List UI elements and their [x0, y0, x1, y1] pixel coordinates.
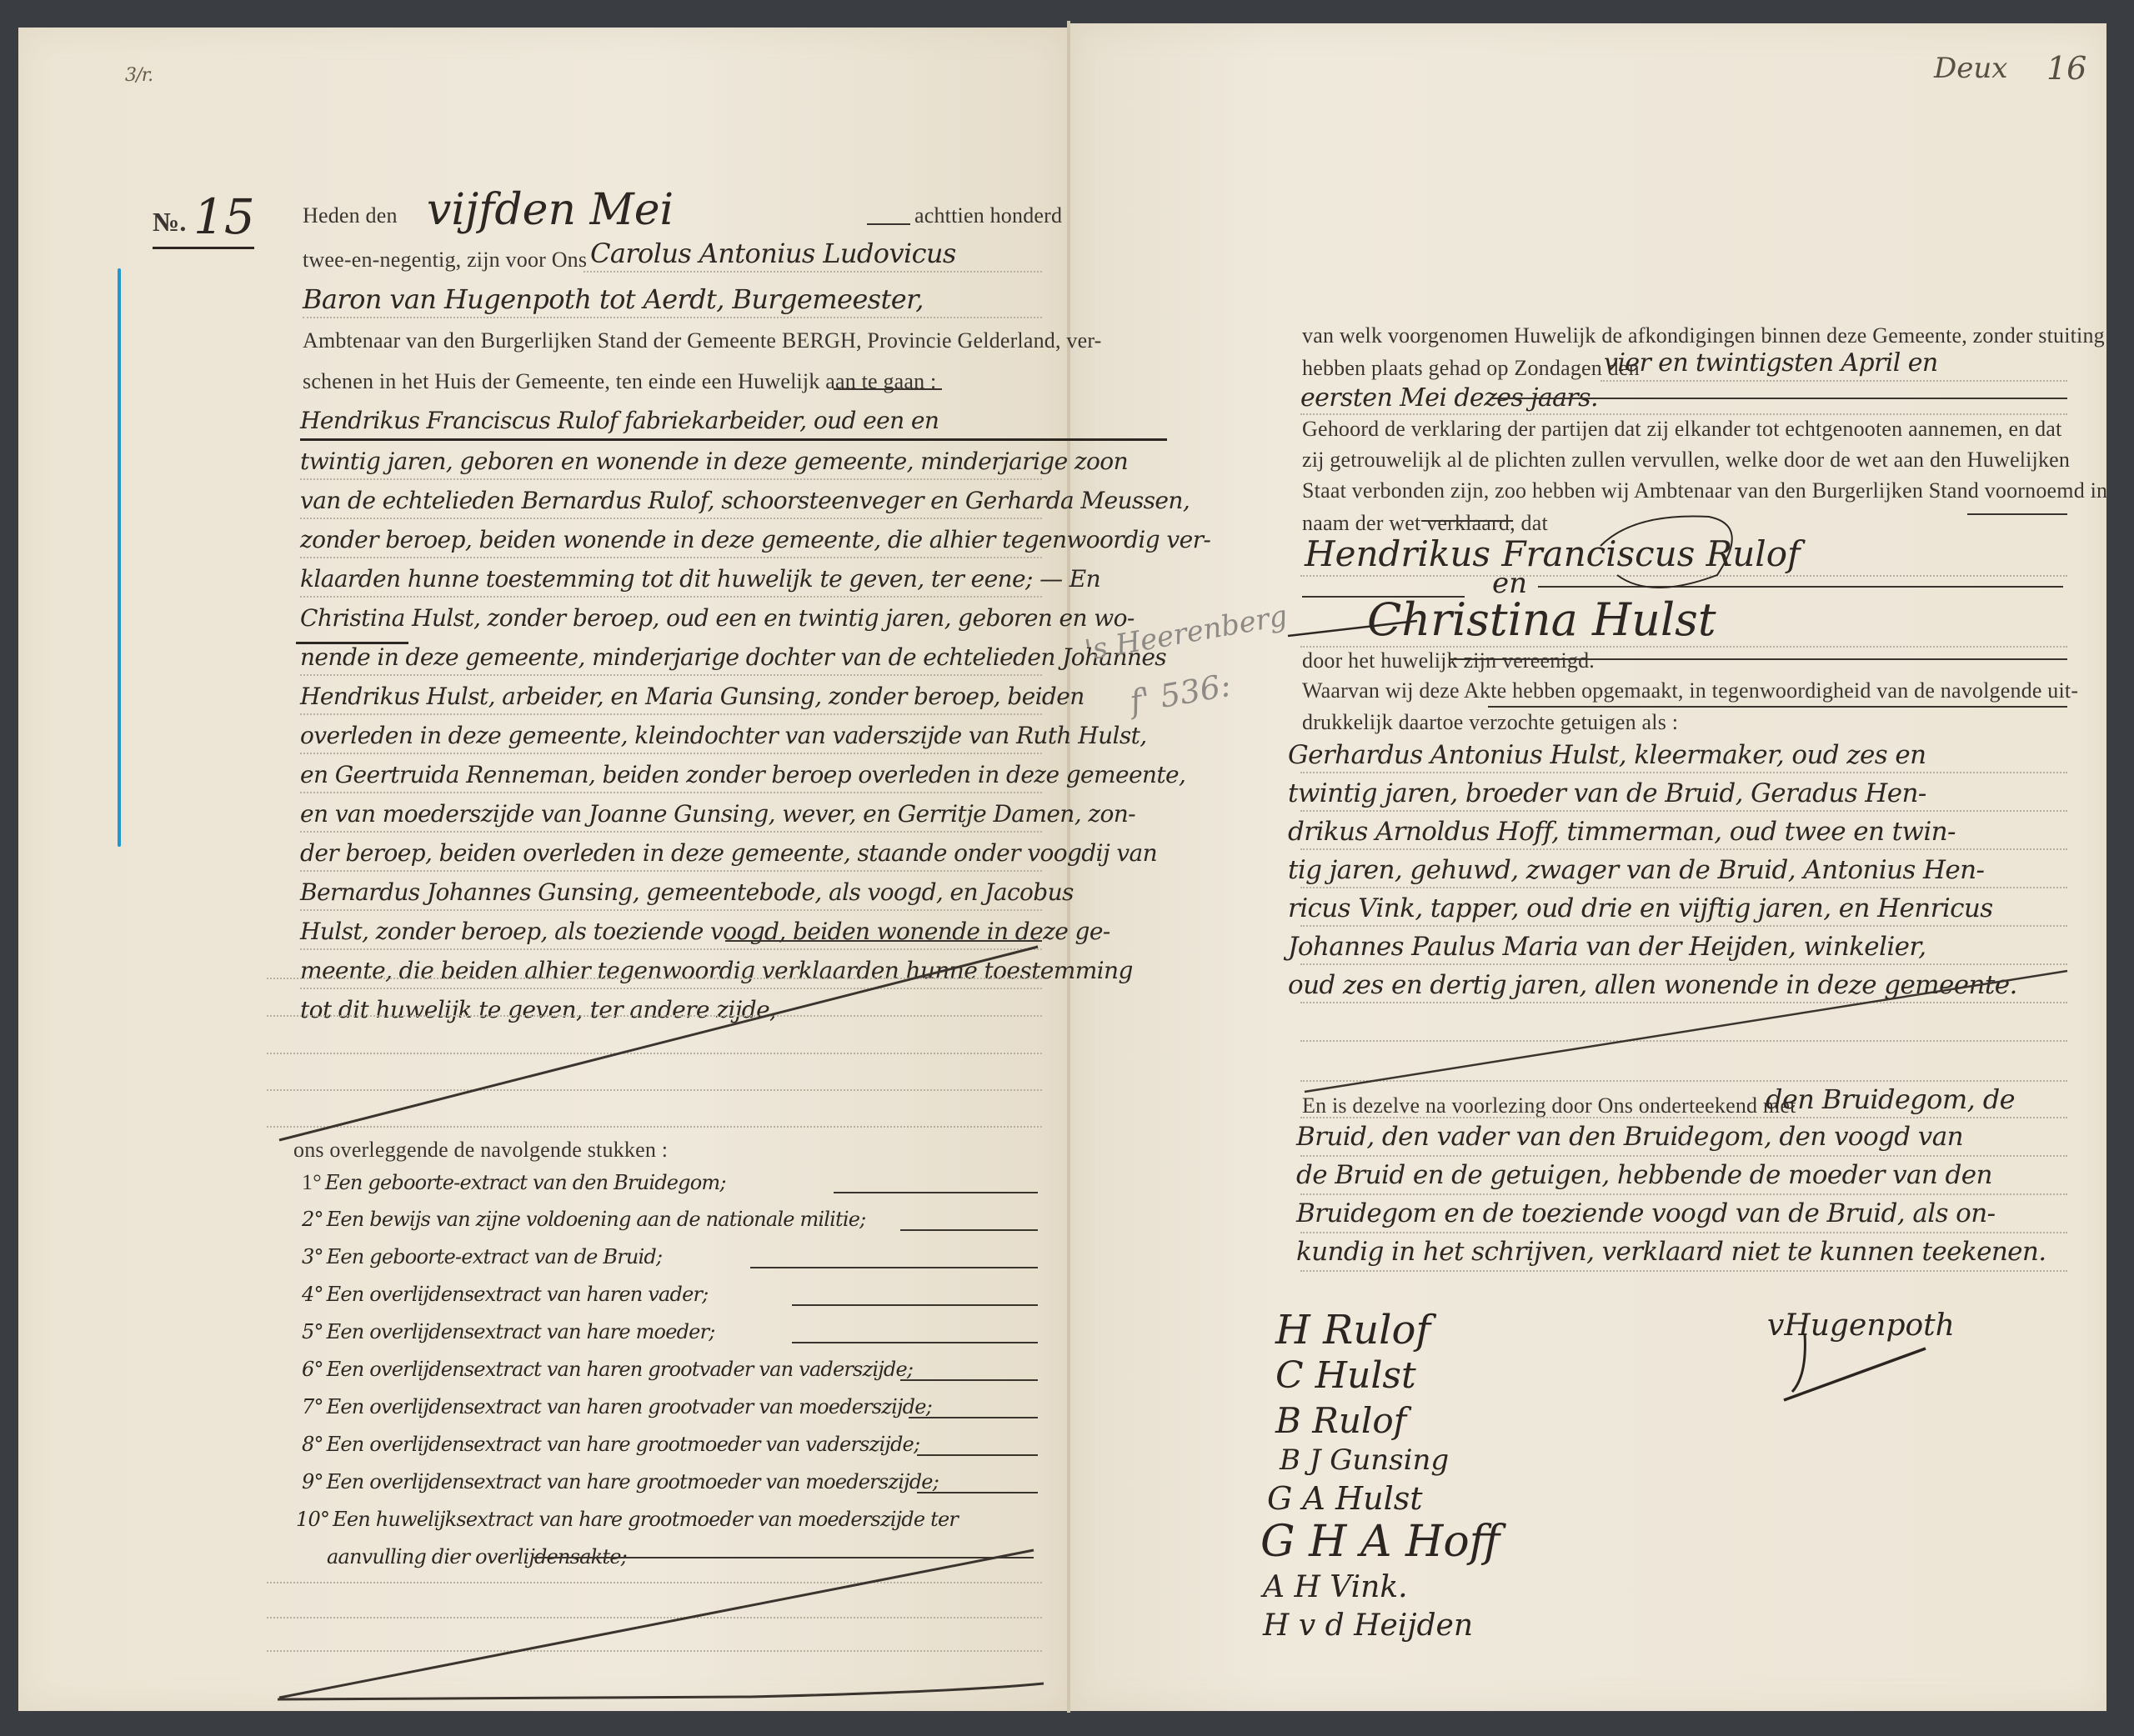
cancellation-strokes	[0, 0, 2134, 1736]
